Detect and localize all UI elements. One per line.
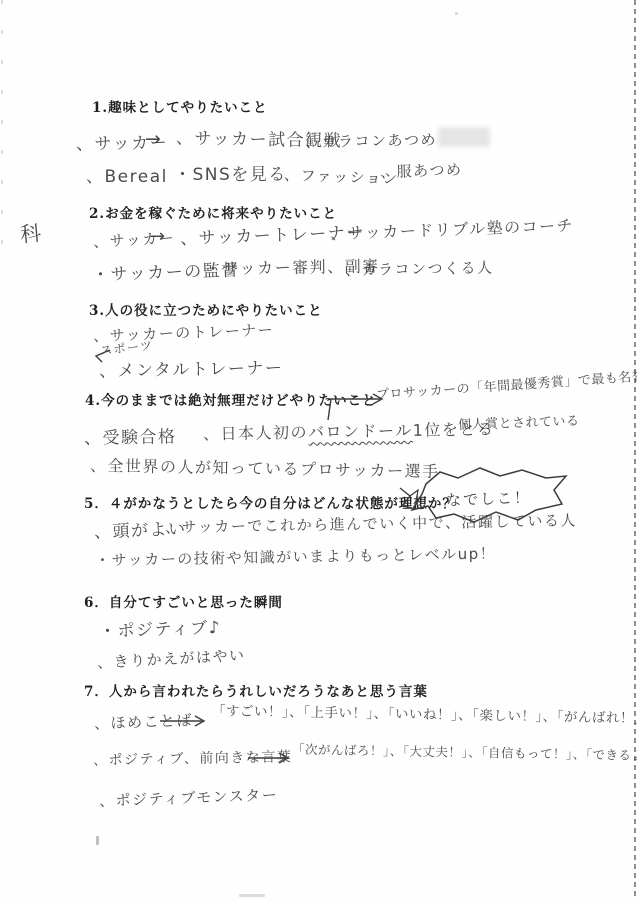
answer-1-collect-clothes: 、服あつめ [380, 159, 463, 183]
erased-pencil-smudge [438, 127, 490, 147]
answer-4-ballon-dor-wavy: バロンドール [308, 421, 413, 442]
answer-7-praise-examples: 「すごい！」、「上手い！」、「いいね！」、「楽しい！」、「がんばれ！」 [212, 699, 637, 727]
question-3: 3.人の役に立つためにやりたいこと [89, 299, 323, 319]
answer-7-positive-examples: 「次がんばろ！」、「大丈夫！」、「自信もって！」、「できるよ！」 [292, 740, 637, 765]
answer-4-ballon-dor: 、日本人初のバロンドール1位をとる [203, 416, 495, 444]
scan-speck [239, 894, 265, 897]
answer-5-active-player: 、サッカーでこれから進んでいく中で、活躍している人 [165, 509, 577, 537]
answer-4-ballon-dor-pre: 、日本人初の [203, 423, 308, 444]
scan-speck [96, 836, 99, 845]
arrow-right-icon: → [150, 226, 167, 247]
arrow-right-icon [158, 714, 208, 728]
answer-5-level-up: ・サッカーの技術や知識がいまよりもっとレベルup！ [95, 543, 497, 571]
answer-2-contact-maker: 、カラコンつくる人 [345, 257, 494, 281]
answer-6-positive: ・ポジティブ♪ [99, 613, 222, 642]
answer-1-collect-contacts: 、カラコンあつめ [305, 129, 437, 152]
scan-speck [455, 12, 458, 15]
answer-3-mental-trainer: 、メンタルトレーナー [99, 353, 284, 381]
answer-1-bereal: 、Bereal [86, 162, 168, 187]
scanned-worksheet-page: 1.趣味としてやりたいこと 、サッカー → 、サッカー試合観戦 、カラコンあつめ… [0, 0, 637, 900]
question-1: 1.趣味としてやりたいこと [92, 96, 268, 116]
answer-7-positive-monster: 、ポジティブモンスター [99, 784, 279, 811]
margin-note: 科 [19, 217, 44, 249]
answer-4-annotation-line1: プロサッカーの「年間最優秀賞」で最も名誉ある [375, 363, 637, 403]
scan-edge-artifact-left [1, 0, 3, 260]
answer-4-pass-exam: 、受験合格 [84, 422, 177, 449]
scan-edge-artifact-right [634, 0, 636, 900]
question-6: 6．自分てすごいと思った瞬間 [84, 591, 283, 611]
answer-4-world-famous: 、全世界の人が知っているプロサッカー選手 [90, 453, 440, 482]
answer-5-bubble-nadeshiko: なでしこ！ [446, 487, 532, 511]
arrow-right-icon [246, 751, 292, 765]
answer-2-dribble-coach: 、サッカードリブル塾のコーチ [330, 213, 575, 245]
arrow-right-icon: → [145, 128, 162, 150]
answer-4-ballon-dor-post: 1位をとる [413, 419, 495, 439]
question-7: 7．人から言われたらうれしいだろうなあと思う言葉 [84, 680, 428, 700]
answer-6-quick-switch: 、きりかえがはやい [97, 644, 246, 673]
answer-1-sns: ・SNSを見る [174, 160, 287, 185]
